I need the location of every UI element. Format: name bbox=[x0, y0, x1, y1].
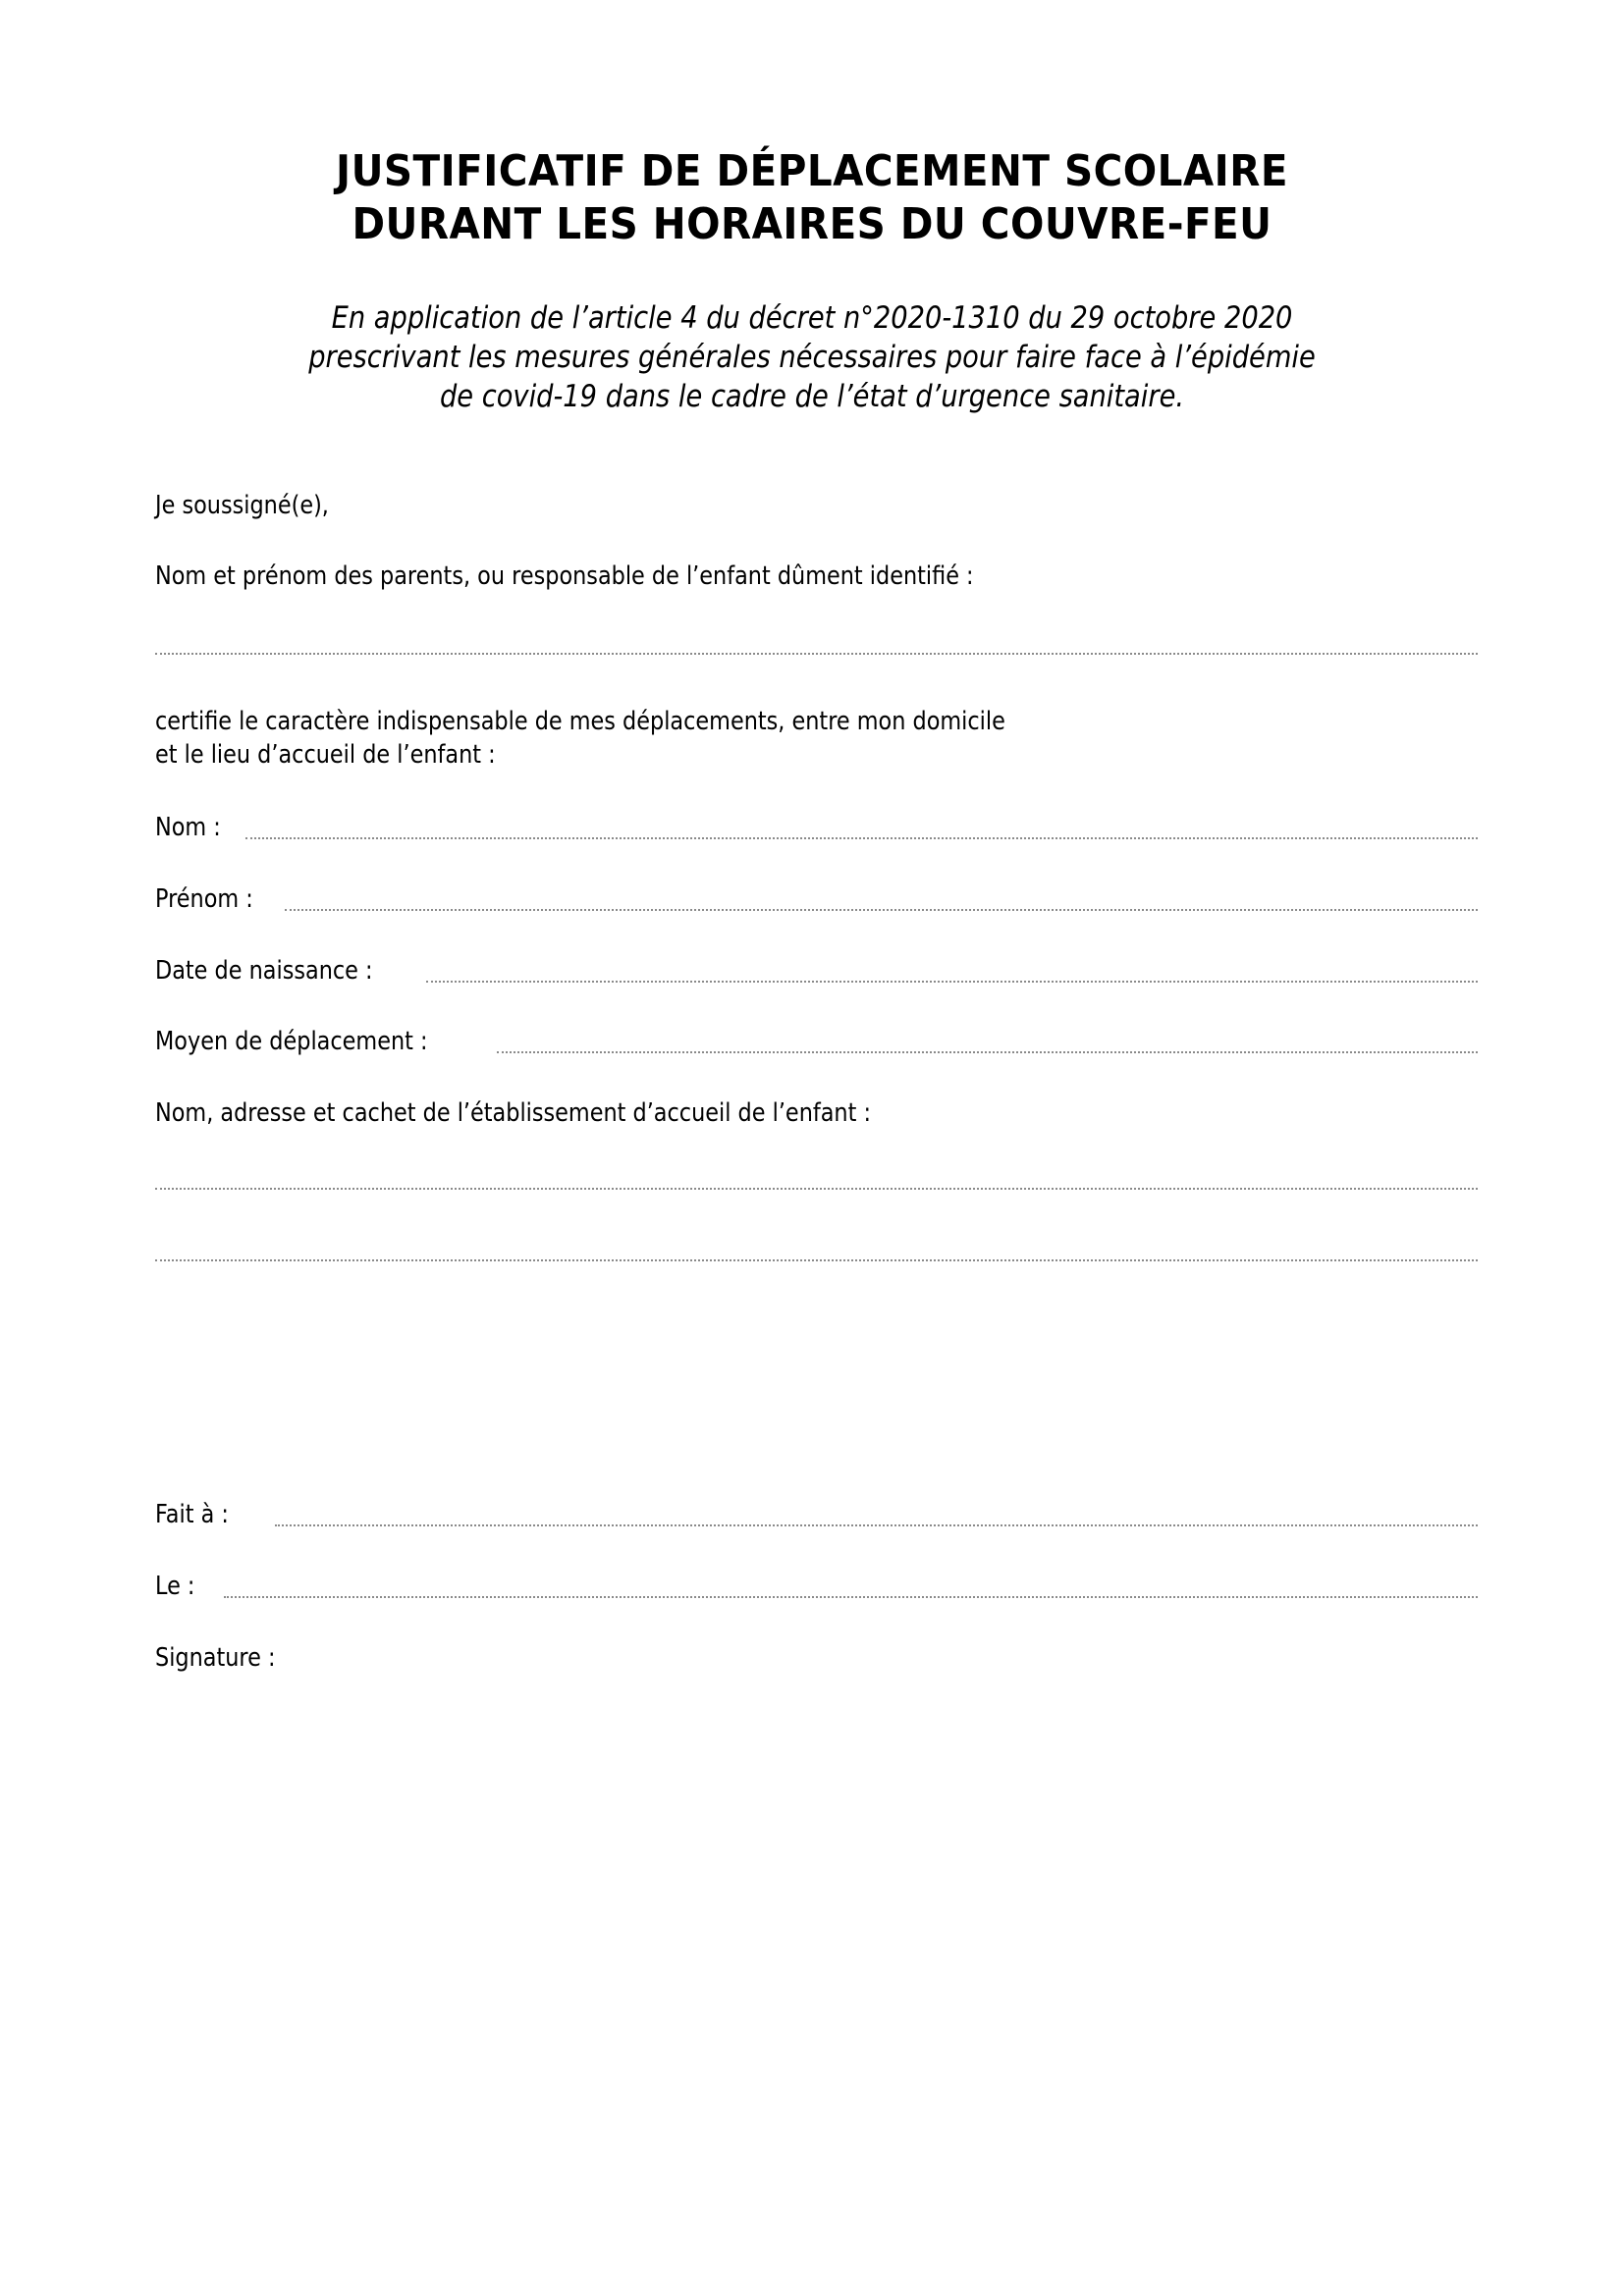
establishment-field-line-1[interactable] bbox=[155, 1188, 1478, 1190]
child-first-name-label: Prénom : bbox=[155, 882, 253, 916]
date-label: Le : bbox=[155, 1570, 194, 1603]
parent-name-label: Nom et prénom des parents, ou responsabl… bbox=[155, 560, 974, 593]
legal-reference-line-3: de covid-19 dans le cadre de l’état d’ur… bbox=[97, 377, 1527, 416]
intro-text: Je soussigné(e), bbox=[155, 489, 329, 522]
child-first-name-input[interactable] bbox=[285, 909, 1478, 911]
certify-text-line-1: certifie le caractère indispensable de m… bbox=[155, 705, 1005, 738]
certify-text-line-2: et le lieu d’accueil de l’enfant : bbox=[155, 738, 496, 772]
establishment-field-line-2[interactable] bbox=[155, 1259, 1478, 1261]
date-input[interactable] bbox=[224, 1596, 1478, 1598]
child-last-name-field: Nom : bbox=[155, 811, 1478, 844]
birth-date-label: Date de naissance : bbox=[155, 954, 373, 988]
birth-date-field: Date de naissance : bbox=[155, 954, 1478, 988]
child-first-name-field: Prénom : bbox=[155, 882, 1478, 916]
establishment-label: Nom, adresse et cachet de l’établissemen… bbox=[155, 1096, 871, 1130]
signature-label: Signature : bbox=[155, 1641, 276, 1675]
title-line-2: DURANT LES HORAIRES DU COUVRE-FEU bbox=[65, 198, 1559, 251]
birth-date-input[interactable] bbox=[426, 981, 1478, 983]
transport-mode-label: Moyen de déplacement : bbox=[155, 1025, 428, 1058]
legal-reference-line-2: prescrivant les mesures générales nécess… bbox=[97, 338, 1527, 377]
attestation-page: JUSTIFICATIF DE DÉPLACEMENT SCOLAIRE DUR… bbox=[0, 0, 1624, 2296]
transport-mode-field: Moyen de déplacement : bbox=[155, 1025, 1478, 1058]
parent-name-field[interactable] bbox=[155, 653, 1478, 655]
title-line-1: JUSTIFICATIF DE DÉPLACEMENT SCOLAIRE bbox=[65, 145, 1559, 198]
date-field: Le : bbox=[155, 1570, 1478, 1603]
place-input[interactable] bbox=[275, 1524, 1478, 1526]
child-last-name-label: Nom : bbox=[155, 811, 221, 844]
transport-mode-input[interactable] bbox=[497, 1051, 1478, 1053]
legal-reference-line-1: En application de l’article 4 du décret … bbox=[97, 298, 1527, 338]
child-last-name-input[interactable] bbox=[245, 837, 1478, 839]
place-field: Fait à : bbox=[155, 1498, 1478, 1531]
place-label: Fait à : bbox=[155, 1498, 229, 1531]
document-title: JUSTIFICATIF DE DÉPLACEMENT SCOLAIRE DUR… bbox=[65, 145, 1559, 251]
legal-reference: En application de l’article 4 du décret … bbox=[97, 298, 1527, 416]
